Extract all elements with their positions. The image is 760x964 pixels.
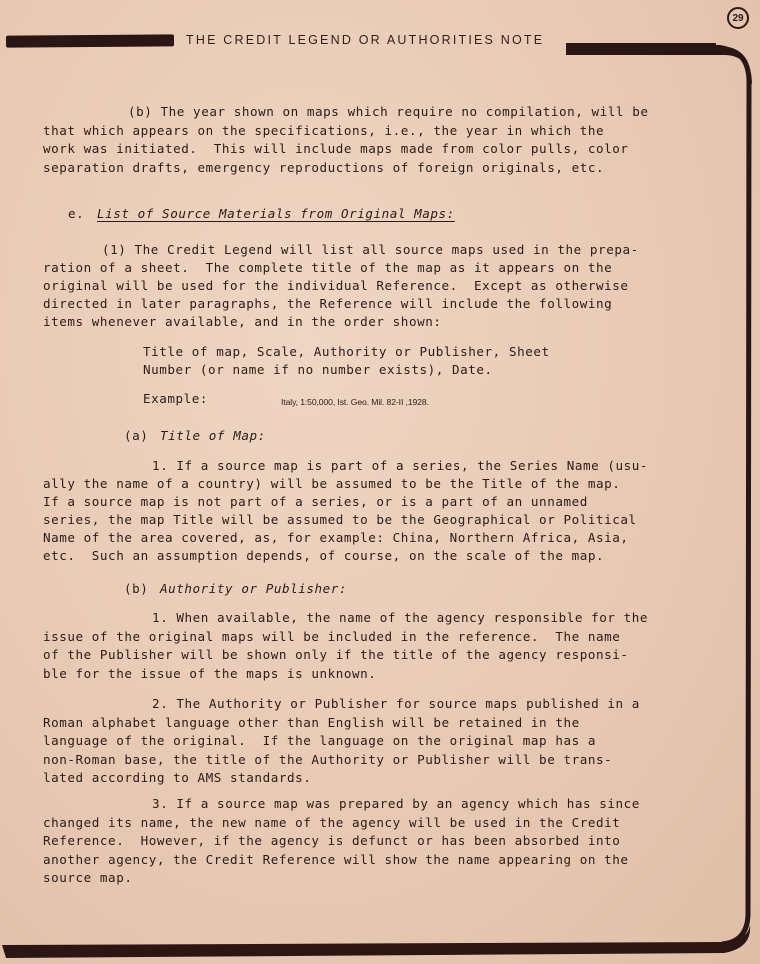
sub-b-para-3-line: source map. [43, 869, 132, 887]
para-1-line: directed in later paragraphs, the Refere… [43, 295, 612, 313]
sub-b-para-1-line: of the Publisher will be shown only if t… [43, 646, 629, 664]
para-b-year-line: work was initiated. This will include ma… [43, 140, 629, 158]
sub-a-para-1-line: If a source map is not part of a series,… [43, 493, 588, 511]
sub-a-para-1-line: series, the map Title will be assumed to… [43, 511, 637, 529]
para-b-year-line: that which appears on the specifications… [43, 122, 604, 140]
sub-a-label: (a) [124, 427, 148, 445]
para-b-year-line: (b) The year shown on maps which require… [128, 103, 648, 121]
para-1-line: items whenever available, and in the ord… [43, 313, 441, 331]
para-1-line: original will be used for the individual… [43, 277, 629, 295]
sub-b-label: (b) [124, 580, 148, 598]
sub-b-para-3-line: another agency, the Credit Reference wil… [43, 851, 629, 869]
sub-b-para-3-line: changed its name, the new name of the ag… [43, 814, 620, 832]
sub-b-para-1-line: ble for the issue of the maps is unknown… [43, 665, 376, 683]
sub-a-para-1-line: 1. If a source map is part of a series, … [152, 457, 648, 475]
sub-b-heading: Authority or Publisher: [160, 580, 347, 598]
section-e-heading: List of Source Materials from Original M… [97, 205, 455, 223]
sub-b-para-3-line: 3. If a source map was prepared by an ag… [152, 795, 640, 813]
sub-b-para-1-line: issue of the original maps will be inclu… [43, 628, 620, 646]
sub-a-para-1-line: ally the name of a country) will be assu… [43, 475, 620, 493]
sub-b-para-2-line: non-Roman base, the title of the Authori… [43, 751, 612, 769]
sub-b-para-2-line: 2. The Authority or Publisher for source… [152, 695, 640, 713]
items-list-line: Title of map, Scale, Authority or Publis… [143, 343, 550, 361]
para-b-year-line: separation drafts, emergency reproductio… [43, 159, 604, 177]
sub-b-para-2-line: language of the original. If the languag… [43, 732, 596, 750]
items-list-line: Number (or name if no number exists), Da… [143, 361, 493, 379]
example-value: Italy, 1:50,000, Ist. Geo. Mil. 82-II ,1… [281, 397, 429, 407]
sub-a-heading: Title of Map: [160, 427, 266, 445]
section-e-label: e. [68, 205, 84, 223]
example-label: Example: [143, 390, 208, 408]
para-1-line: (1) The Credit Legend will list all sour… [102, 241, 639, 259]
sub-a-para-1-line: Name of the area covered, as, for exampl… [43, 529, 629, 547]
para-1-line: ration of a sheet. The complete title of… [43, 259, 612, 277]
sub-b-para-2-line: Roman alphabet language other than Engli… [43, 714, 580, 732]
sub-b-para-2-line: lated according to AMS standards. [43, 769, 311, 787]
sub-b-para-3-line: Reference. However, if the agency is def… [43, 832, 620, 850]
sub-b-para-1-line: 1. When available, the name of the agenc… [152, 609, 648, 627]
sub-a-para-1-line: etc. Such an assumption depends, of cour… [43, 547, 604, 565]
